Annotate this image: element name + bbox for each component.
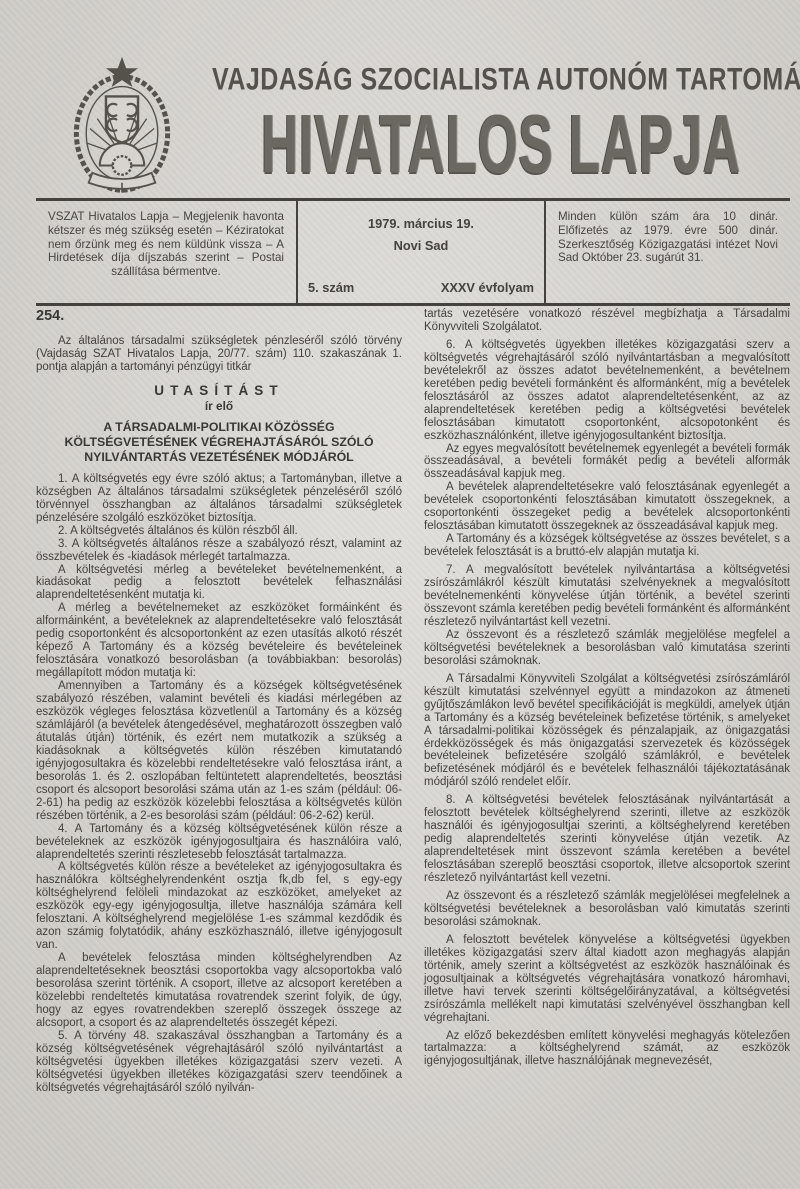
paragraph: 8. A költségvetési bevételek felosztásán… (424, 794, 790, 885)
paragraph: Az összevont és a részletező számlák meg… (424, 629, 790, 668)
issue-info: 1979. március 19. Novi Sad 5. szám XXXV … (298, 201, 546, 303)
paragraph: Az összevont és a részletező számlák meg… (424, 890, 790, 929)
paragraph: A költségvetési mérleg a bevételeket bev… (36, 564, 402, 603)
paragraph: 5. A törvény 48. szakaszával összhangban… (36, 1030, 402, 1095)
paragraph: A bevételek felosztása minden költséghel… (36, 952, 402, 1030)
gazette-page: VAJDASÁG SZOCIALISTA AUTONÓM TARTOMÁNY H… (0, 0, 800, 1189)
decree-subline: ír elő (36, 399, 402, 413)
decree-title-line: KÖLTSÉGVETÉSÉNEK VÉGREHAJTÁSÁRÓL SZÓLÓ (36, 435, 402, 450)
paragraph: 3. A költségvetés általános része a szab… (36, 538, 402, 564)
masthead: VAJDASÁG SZOCIALISTA AUTONÓM TARTOMÁNY H… (0, 0, 800, 196)
price-info: Minden külön szám ára 10 dinár. Előfizet… (546, 201, 790, 303)
paragraph: 7. A megvalósított bevételek nyilvántart… (424, 564, 790, 629)
left-column-paragraphs: 1. A költségvetés egy évre szóló aktus; … (36, 473, 402, 1095)
issue-date: 1979. március 19. (310, 216, 532, 231)
paragraph: A felosztott bevételek könyvelése a költ… (424, 934, 790, 1025)
paragraph: 6. A költségvetés ügyekben illetékes köz… (424, 339, 790, 443)
issue-volume: XXXV évfolyam (441, 280, 534, 295)
paragraph: 4. A Tartomány és a község költségvetésé… (36, 823, 402, 862)
publication-info: VSZAT Hivatalos Lapja – Megjelenik havon… (36, 201, 298, 303)
paragraph: Az egyes megvalósított bevételnemek egye… (424, 443, 790, 482)
decree-word: UTASÍTÁST (36, 383, 402, 398)
article-number: 254. (36, 308, 402, 324)
right-column-paragraphs: tartás vezetésére vonatkozó részével meg… (424, 308, 790, 1068)
paragraph: A bevételek alaprendeltetésekre való fel… (424, 481, 790, 533)
paragraph: A mérleg a bevételnemeket az eszközöket … (36, 602, 402, 680)
vojvodina-coat-of-arms-icon (36, 52, 208, 200)
paragraph: Az előző bekezdésben említett könyvelési… (424, 1030, 790, 1069)
paragraph: tartás vezetésére vonatkozó részével meg… (424, 308, 790, 334)
paragraph: A Társadalmi Könyvviteli Szolgálat a köl… (424, 673, 790, 790)
issue-number: 5. szám (308, 280, 354, 295)
province-title: VAJDASÁG SZOCIALISTA AUTONÓM TARTOMÁNY (212, 62, 790, 98)
paragraph: 2. A költségvetés általános és külön rés… (36, 525, 402, 538)
gazette-title: HIVATALOS LAPJA (210, 96, 792, 192)
issue-city: Novi Sad (310, 238, 532, 253)
paragraph: Amennyiben a Tartomány és a községek köl… (36, 680, 402, 822)
article-body: 254. Az általános társadalmi szükséglete… (36, 308, 790, 1182)
paragraph: 1. A költségvetés egy évre szóló aktus; … (36, 473, 402, 525)
decree-title-line: NYILVÁNTARTÁS VEZETÉSÉNEK MÓDJÁRÓL (36, 450, 402, 465)
decree-heading: UTASÍTÁST ír elő A TÁRSADALMI-POLITIKAI … (36, 383, 402, 465)
paragraph: A Tartomány és a községek költségvetése … (424, 533, 790, 559)
left-column: 254. Az általános társadalmi szükséglete… (36, 308, 402, 1182)
paragraph: A költségvetés külön része a bevételeket… (36, 861, 402, 952)
decree-title-line: A TÁRSADALMI-POLITIKAI KÖZÖSSÉG (36, 420, 402, 435)
info-bar: VSZAT Hivatalos Lapja – Megjelenik havon… (36, 198, 790, 306)
right-column: tartás vezetésére vonatkozó részével meg… (424, 308, 790, 1182)
article-intro: Az általános társadalmi szükségletek pén… (36, 335, 402, 374)
